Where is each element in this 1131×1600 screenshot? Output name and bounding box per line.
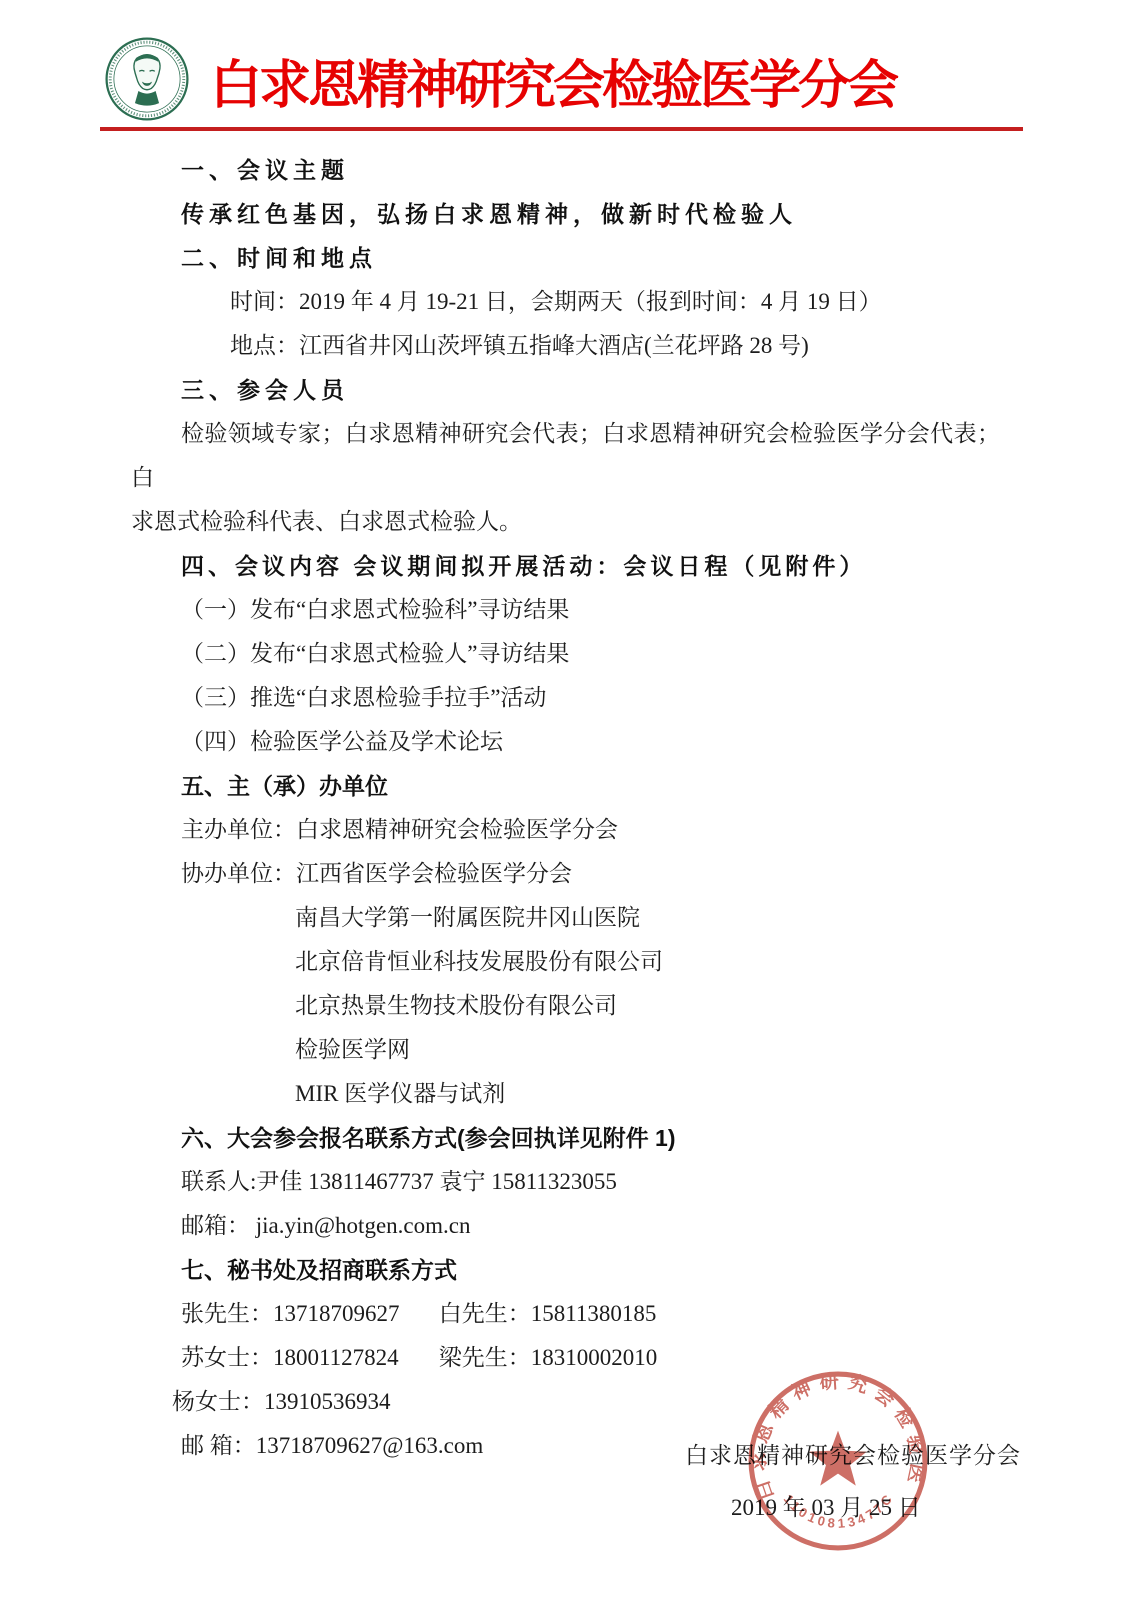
document-body: 一、会议主题 传承红色基因，弘扬白求恩精神，做新时代检验人 二、时间和地点 时间… xyxy=(131,148,1000,1468)
coorganizer-item: 检验医学网 xyxy=(131,1028,1000,1072)
letterhead-rule xyxy=(100,127,1023,131)
secretariat-row: 张先生：13718709627 白先生：15811380185 xyxy=(131,1292,1000,1336)
section2-heading: 二、时间和地点 xyxy=(131,236,1000,280)
place-line: 地点：江西省井冈山茨坪镇五指峰大酒店(兰花坪路 28 号) xyxy=(131,324,1000,368)
section5-heading: 五、主（承）办单位 xyxy=(131,764,1000,808)
registration-contacts: 联系人:尹佳 13811467737 袁宁 15811323055 xyxy=(131,1160,1000,1204)
registration-email: 邮箱： jia.yin@hotgen.com.cn xyxy=(131,1204,1000,1248)
coorganizer-item: 北京倍肯恒业科技发展股份有限公司 xyxy=(131,940,1000,984)
document-page: 白求恩精神研究会检验医学分会 一、会议主题 传承红色基因，弘扬白求恩精神，做新时… xyxy=(0,0,1131,1600)
section1-heading: 一、会议主题 xyxy=(131,148,1000,192)
section3-heading: 三、参会人员 xyxy=(131,368,1000,412)
seal-serial-number: 11010813477C xyxy=(781,1489,897,1531)
secretariat-contact: 杨女士：13910536934 xyxy=(172,1389,391,1414)
activity-item: （一）发布“白求恩式检验科”寻访结果 xyxy=(131,588,1000,632)
seal-star-icon xyxy=(809,1431,867,1486)
secretariat-contact: 白先生：15811380185 xyxy=(439,1301,657,1326)
secretariat-contact: 梁先生：18310002010 xyxy=(439,1345,658,1370)
coorganizer-item: 南昌大学第一附属医院井冈山医院 xyxy=(131,896,1000,940)
coorganizer-line: 协办单位：江西省医学会检验医学分会 xyxy=(131,852,1000,896)
official-red-seal-icon: 白求恩精神研究会检验医学分会 11010813477C xyxy=(745,1368,931,1554)
secretariat-contact: 苏女士：18001127824 xyxy=(181,1336,433,1380)
letterhead: 白求恩精神研究会检验医学分会 xyxy=(104,36,1031,122)
activity-item: （三）推选“白求恩检验手拉手”活动 xyxy=(131,676,1000,720)
conference-theme: 传承红色基因，弘扬白求恩精神，做新时代检验人 xyxy=(131,192,1000,236)
host-line: 主办单位：白求恩精神研究会检验医学分会 xyxy=(131,808,1000,852)
svg-text:11010813477C: 11010813477C xyxy=(781,1489,897,1531)
section6-heading: 六、大会参会报名联系方式(参会回执详见附件 1) xyxy=(131,1116,1000,1160)
bethune-portrait-seal-icon xyxy=(104,36,190,122)
section4-heading: 四、会议内容 会议期间拟开展活动：会议日程（见附件） xyxy=(131,544,1000,588)
time-line: 时间：2019 年 4 月 19-21 日，会期两天（报到时间：4 月 19 日… xyxy=(131,280,1000,324)
activity-item: （二）发布“白求恩式检验人”寻访结果 xyxy=(131,632,1000,676)
attendees-line2: 求恩式检验科代表、白求恩式检验人。 xyxy=(131,500,1000,544)
secretariat-contact: 张先生：13718709627 xyxy=(181,1292,433,1336)
section7-heading: 七、秘书处及招商联系方式 xyxy=(131,1248,1000,1292)
coorganizer-item: 北京热景生物技术股份有限公司 xyxy=(131,984,1000,1028)
coorganizer-item: MIR 医学仪器与试剂 xyxy=(131,1072,1000,1116)
attendees-line1: 检验领域专家；白求恩精神研究会代表；白求恩精神研究会检验医学分会代表；白 xyxy=(131,412,1000,500)
activity-item: （四）检验医学公益及学术论坛 xyxy=(131,720,1000,764)
org-title: 白求恩精神研究会检验医学分会 xyxy=(210,43,896,118)
